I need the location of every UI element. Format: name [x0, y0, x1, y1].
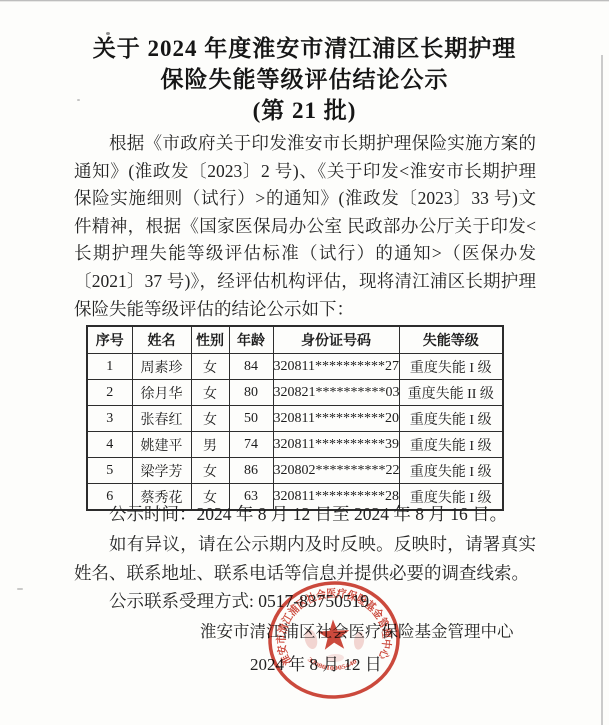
- publicity-period-line: 公示时间：2024 年 8 月 12 日至 2024 年 8 月 16 日。: [74, 500, 536, 529]
- table-cell: 重度失能 I 级: [399, 432, 503, 458]
- table-cell: 80: [229, 380, 273, 406]
- table-cell: 周素珍: [132, 354, 191, 380]
- table-cell: 1: [87, 354, 132, 380]
- table-cell: 姚建平: [132, 432, 191, 458]
- table-cell: 女: [191, 406, 229, 432]
- seal-ink-smudge: [326, 654, 344, 663]
- scan-edge-artifact-top: [0, 0, 609, 2]
- table-cell: 4: [87, 432, 132, 458]
- intro-paragraph: 根据《市政府关于印发淮安市长期护理保险实施方案的通知》(淮政发〔2023〕2 号…: [74, 130, 536, 323]
- table-cell: 3: [87, 406, 132, 432]
- seal-star-icon: [317, 619, 350, 650]
- title-line-3-batch: (第 21 批): [0, 95, 609, 126]
- title-line-2: 保险失能等级评估结论公示: [0, 64, 609, 95]
- table-header-cell: 序号: [87, 326, 132, 354]
- table-body: 1周素珍女84320811**********27重度失能 I 级2徐月华女80…: [87, 354, 503, 511]
- seal-ink-smudge: [303, 628, 320, 650]
- table-header-row: 序号姓名性别年龄身份证号码失能等级: [87, 326, 503, 354]
- table-cell: 女: [191, 458, 229, 484]
- table-cell: 徐月华: [132, 380, 191, 406]
- assessment-result-table: 序号姓名性别年龄身份证号码失能等级 1周素珍女84320811*********…: [86, 325, 504, 511]
- table-header-cell: 身份证号码: [273, 326, 399, 354]
- notice-document: 关于 2024 年度淮安市清江浦区长期护理 保险失能等级评估结论公示 (第 21…: [0, 0, 609, 725]
- table-cell: 84: [229, 354, 273, 380]
- table-header-cell: 失能等级: [399, 326, 503, 354]
- table-cell: 重度失能 I 级: [399, 406, 503, 432]
- table-cell: 320821**********03: [273, 380, 399, 406]
- table-cell: 74: [229, 432, 273, 458]
- table-cell: 张春红: [132, 406, 191, 432]
- scan-speck: [17, 588, 23, 590]
- table-cell: 重度失能 I 级: [399, 458, 503, 484]
- table-cell: 男: [191, 432, 229, 458]
- table-row: 1周素珍女84320811**********27重度失能 I 级: [87, 354, 503, 380]
- table-cell: 320802**********22: [273, 458, 399, 484]
- table-row: 3张春红女50320811**********20重度失能 I 级: [87, 406, 503, 432]
- table-cell: 320811**********20: [273, 406, 399, 432]
- table-cell: 86: [229, 458, 273, 484]
- document-title: 关于 2024 年度淮安市清江浦区长期护理 保险失能等级评估结论公示 (第 21…: [0, 33, 609, 126]
- scan-edge-artifact-right: [601, 55, 603, 725]
- seal-ink-smudge: [353, 631, 365, 650]
- table-cell: 5: [87, 458, 132, 484]
- table-cell: 梁学芳: [132, 458, 191, 484]
- table-header-cell: 姓名: [132, 326, 191, 354]
- table-cell: 女: [191, 354, 229, 380]
- table-row: 5梁学芳女86320802**********22重度失能 I 级: [87, 458, 503, 484]
- table-cell: 重度失能 I 级: [399, 354, 503, 380]
- official-red-seal: 淮安市清江浦区社会医疗保险基金管理中心 3208010005440: [255, 564, 412, 716]
- table-cell: 320811**********39: [273, 432, 399, 458]
- table-cell: 50: [229, 406, 273, 432]
- table-cell: 重度失能 II 级: [399, 380, 503, 406]
- table-cell: 女: [191, 380, 229, 406]
- table-cell: 2: [87, 380, 132, 406]
- table-header-cell: 性别: [191, 326, 229, 354]
- table-cell: 320811**********27: [273, 354, 399, 380]
- table-row: 2徐月华女80320821**********03重度失能 II 级: [87, 380, 503, 406]
- table-header-cell: 年龄: [229, 326, 273, 354]
- title-line-1: 关于 2024 年度淮安市清江浦区长期护理: [0, 33, 609, 64]
- table-row: 4姚建平男74320811**********39重度失能 I 级: [87, 432, 503, 458]
